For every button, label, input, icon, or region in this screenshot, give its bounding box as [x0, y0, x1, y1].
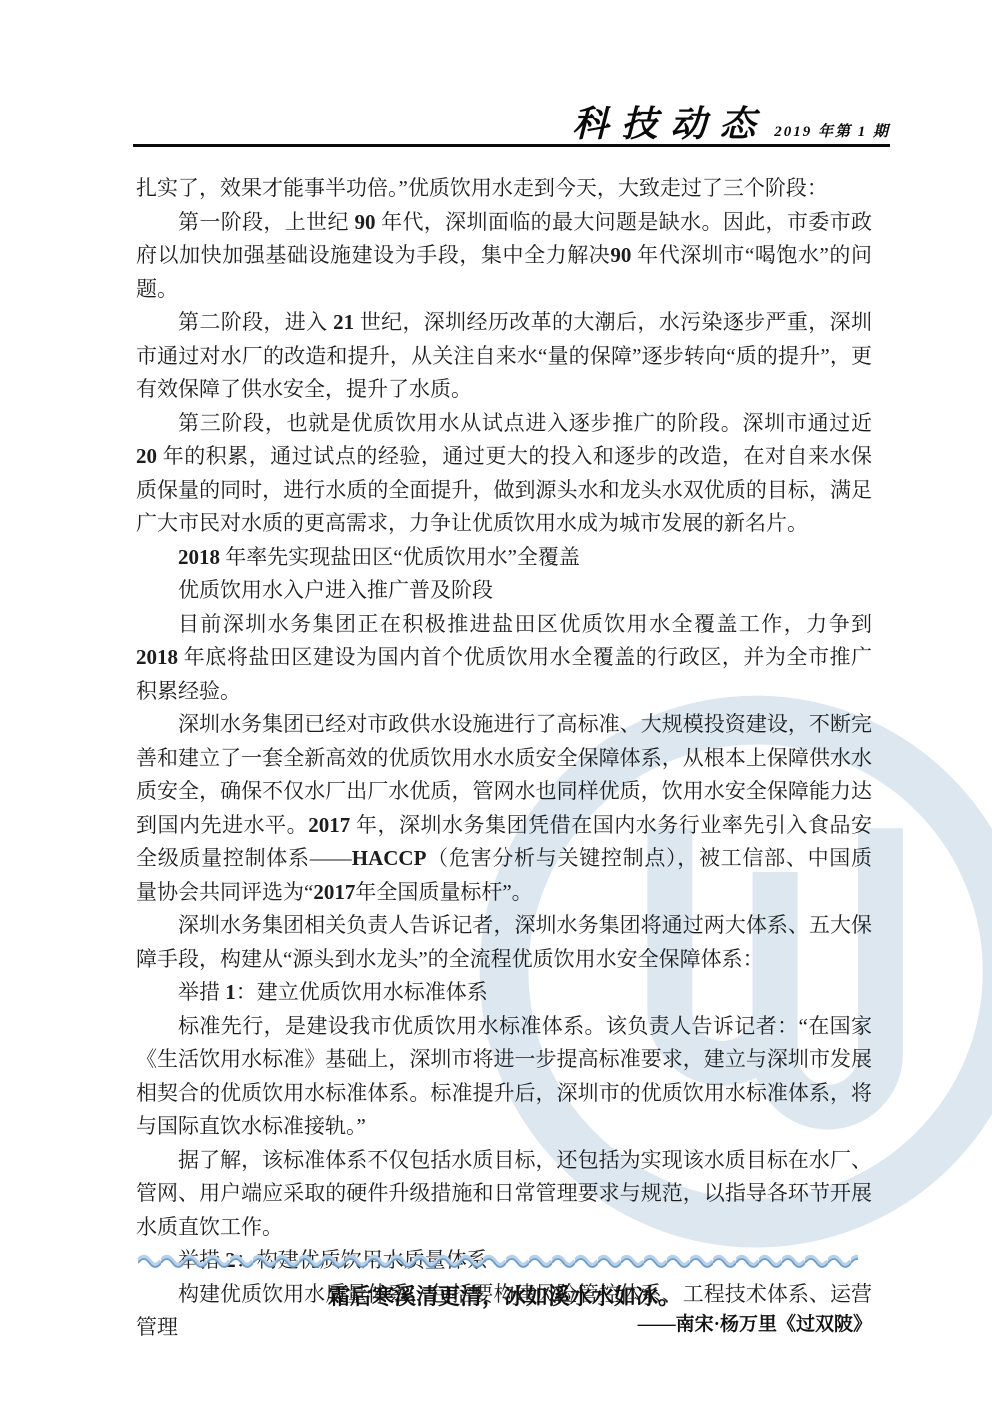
paragraph: 据了解，该标准体系不仅包括水质目标，还包括为实现该水质目标在水厂、管网、用户端应…: [136, 1144, 872, 1245]
header-divider: [133, 144, 890, 147]
document-page: 科技动态2019 年第 1 期 扎实了，效果才能事半功倍。”优质饮用水走到今天，…: [0, 0, 992, 1403]
paragraph: 深圳水务集团已经对市政供水设施进行了高标准、大规模投资建设，不断完善和建立了一套…: [136, 708, 872, 909]
section-heading: 优质饮用水入户进入推广普及阶段: [136, 574, 872, 608]
measure-heading: 举措 1：建立优质饮用水标准体系: [136, 976, 872, 1010]
paragraph: 目前深圳水务集团正在积极推进盐田区优质饮用水全覆盖工作，力争到 2018 年底将…: [136, 608, 872, 709]
page-header: 科技动态2019 年第 1 期: [133, 96, 890, 147]
publication-title: 科技动态: [572, 104, 768, 144]
poem-attribution: ——南宋·杨万里《过双陂》: [136, 1309, 872, 1336]
paragraph: 第一阶段，上世纪 90 年代，深圳面临的最大问题是缺水。因此，市委市政府以加快加…: [136, 206, 872, 307]
paragraph: 第三阶段，也就是优质饮用水从试点进入逐步推广的阶段。深圳市通过近 20 年的积累…: [136, 407, 872, 541]
paragraph: 深圳水务集团相关负责人告诉记者，深圳水务集团将通过两大体系、五大保障手段，构建从…: [136, 909, 872, 976]
wave-divider: [138, 1252, 858, 1268]
paragraph: 第二阶段，进入 21 世纪，深圳经历改革的大潮后，水污染逐步严重，深圳市通过对水…: [136, 306, 872, 407]
section-heading: 2018 年率先实现盐田区“优质饮用水”全覆盖: [136, 541, 872, 575]
article-body: 扎实了，效果才能事半功倍。”优质饮用水走到今天，大致走过了三个阶段：第一阶段，上…: [136, 172, 872, 1345]
paragraph: 标准先行，是建设我市优质饮用水标准体系。该负责人告诉记者：“在国家《生活饮用水标…: [136, 1010, 872, 1144]
paragraph: 扎实了，效果才能事半功倍。”优质饮用水走到今天，大致走过了三个阶段：: [136, 172, 872, 206]
poem-quote: 霜后寒溪清更清，冰如溪水水如冰。: [136, 1280, 872, 1311]
issue-label: 2019 年第 1 期: [774, 124, 890, 140]
